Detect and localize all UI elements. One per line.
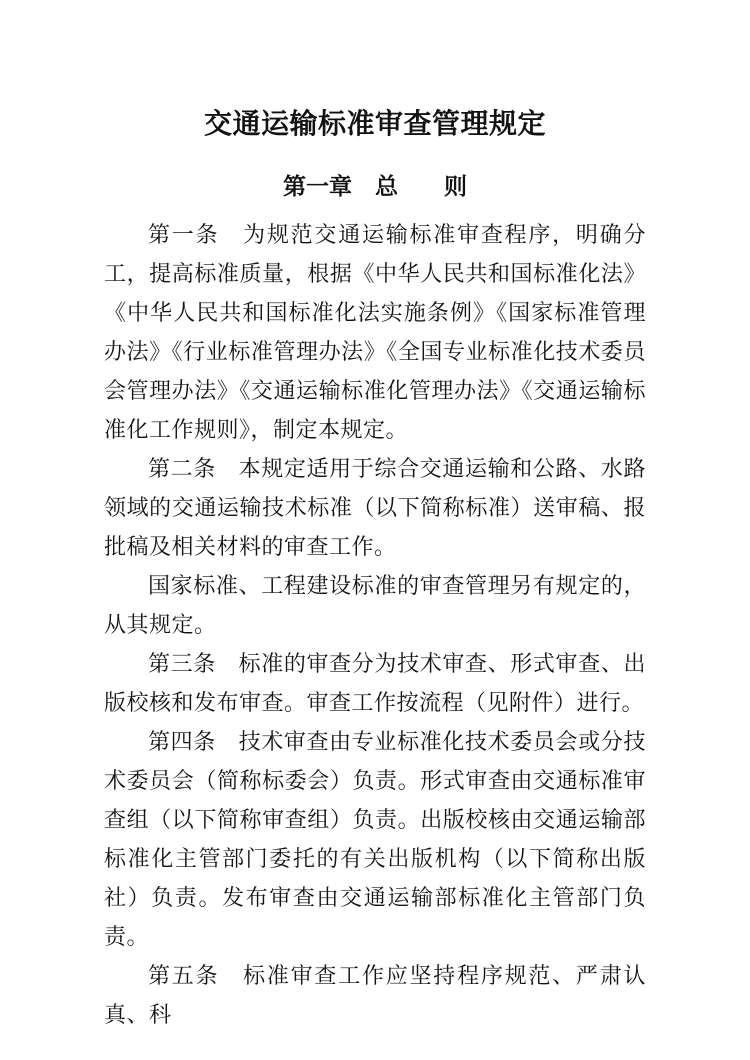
paragraph-article-1: 第一条 为规范交通运输标准审查程序，明确分工，提高标准质量，根据《中华人民共和国… [104,215,646,449]
paragraph-article-4: 第四条 技术审查由专业标准化技术委员会或分技术委员会（简称标委会）负责。形式审查… [104,722,646,956]
document-title: 交通运输标准审查管理规定 [104,104,646,146]
paragraph-article-2: 第二条 本规定适用于综合交通运输和公路、水路领域的交通运输技术标准（以下简称标准… [104,449,646,566]
paragraph-article-2-continuation: 国家标准、工程建设标准的审查管理另有规定的，从其规定。 [104,566,646,644]
document-body: 第一条 为规范交通运输标准审查程序，明确分工，提高标准质量，根据《中华人民共和国… [104,215,646,1034]
chapter-heading: 第一章 总 则 [104,172,646,202]
paragraph-article-3: 第三条 标准的审查分为技术审查、形式审查、出版校核和发布审查。审查工作按流程（见… [104,644,646,722]
paragraph-article-5: 第五条 标准审查工作应坚持程序规范、严肃认真、科 [104,956,646,1034]
document-page: 交通运输标准审查管理规定 第一章 总 则 第一条 为规范交通运输标准审查程序，明… [0,0,750,1060]
